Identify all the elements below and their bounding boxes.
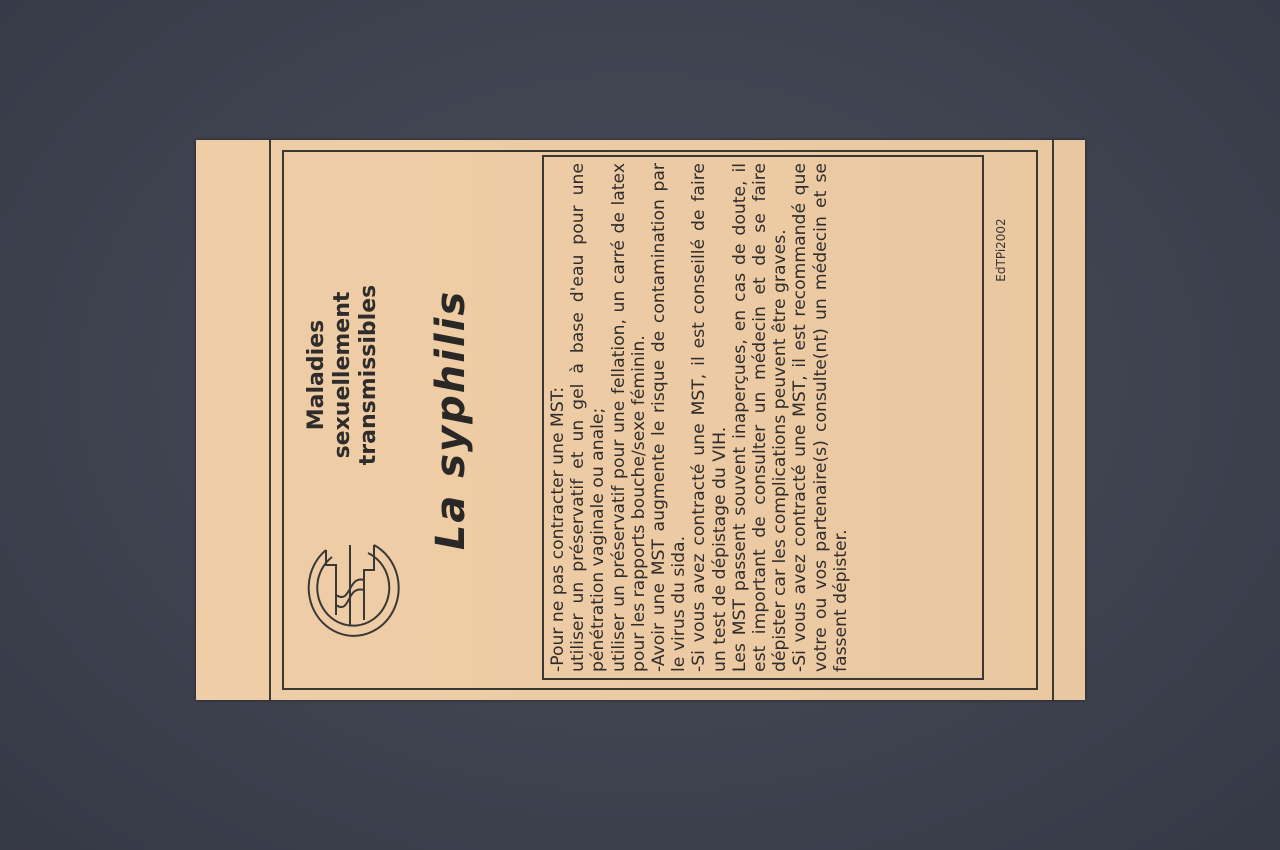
heading-line-1: Maladies <box>304 200 330 550</box>
leaflet-title: La syphilis <box>428 210 474 630</box>
body-paragraph: -Pour ne pas contracter une MST: <box>548 163 568 672</box>
leaflet-credit: EdTPi2002 <box>994 190 1008 310</box>
leaflet-body: -Pour ne pas contracter une MST: utilise… <box>542 155 984 680</box>
heading-line-2: sexuellement <box>330 200 356 550</box>
body-paragraph: -Si vous avez contracté une MST, il est … <box>790 163 851 672</box>
leaflet-card: Maladies sexuellement transmissibles La … <box>196 140 1085 700</box>
body-paragraph: utiliser un préservatif et un gel à base… <box>568 163 608 672</box>
body-paragraph: -Si vous avez contracté une MST, il est … <box>689 163 729 672</box>
body-paragraph: -Avoir une MST augmente le risque de con… <box>649 163 689 672</box>
fold-line-top <box>269 140 271 700</box>
body-paragraph: utiliser un préservatif pour une fellati… <box>609 163 649 672</box>
leaflet-heading: Maladies sexuellement transmissibles <box>304 200 382 550</box>
leaflet-photo: Maladies sexuellement transmissibles La … <box>196 140 1085 700</box>
body-paragraph: Les MST passent souvent inaperçues, en c… <box>730 163 791 672</box>
heading-line-3: transmissibles <box>356 200 382 550</box>
fold-line-bottom <box>1052 140 1054 700</box>
